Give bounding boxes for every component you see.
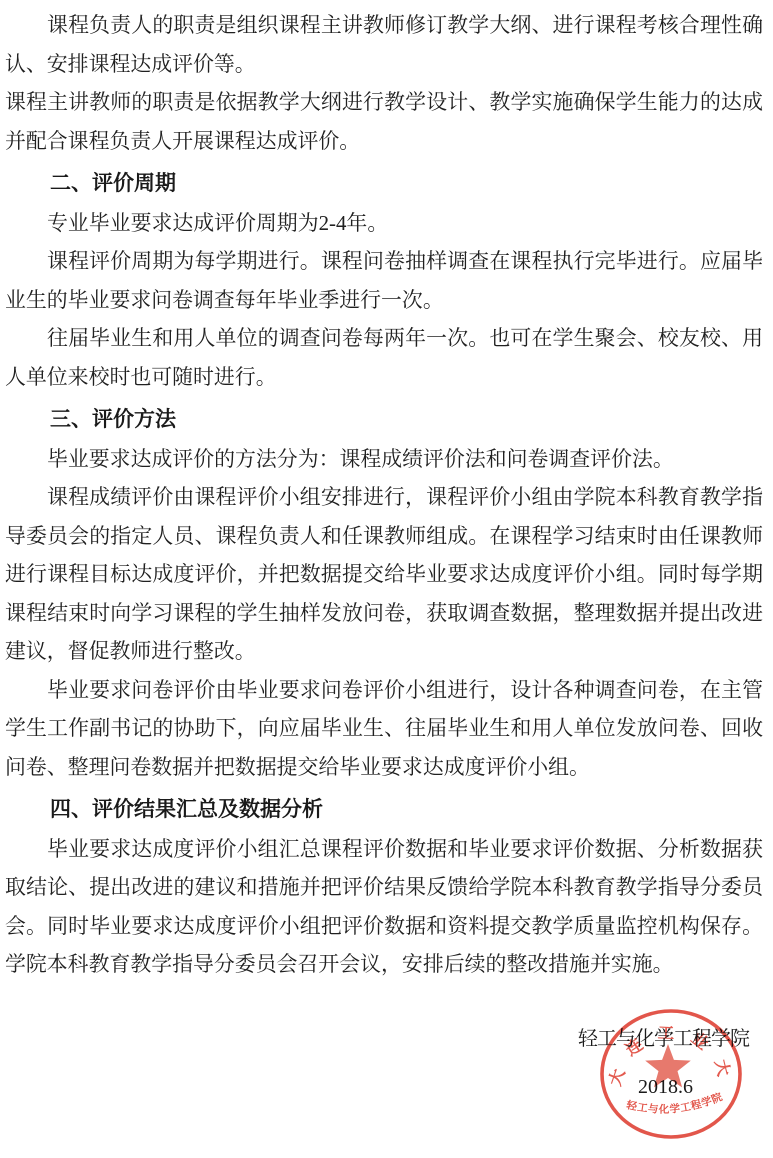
paragraph: 往届毕业生和用人单位的调查问卷每两年一次。也可在学生聚会、校友校、用人单位来校时… xyxy=(5,319,763,396)
signature-organization: 轻工与化学工程学院 xyxy=(5,1026,763,1052)
document-body: 课程负责人的职责是组织课程主讲教师修订教学大纲、进行课程考核合理性确认、安排课程… xyxy=(0,0,773,1100)
paragraph: 毕业要求问卷评价由毕业要求问卷评价小组进行，设计各种调查问卷，在主管学生工作副书… xyxy=(5,671,763,787)
paragraph: 课程负责人的职责是组织课程主讲教师修订教学大纲、进行课程考核合理性确认、安排课程… xyxy=(5,6,763,83)
paragraph: 毕业要求达成评价的方法分为：课程成绩评价法和问卷调查评价法。 xyxy=(5,440,763,479)
paragraph: 毕业要求达成度评价小组汇总课程评价数据和毕业要求评价数据、分析数据获取结论、提出… xyxy=(5,830,763,984)
document-page: 课程负责人的职责是组织课程主讲教师修订教学大纲、进行课程考核合理性确认、安排课程… xyxy=(0,0,773,1158)
signature-block: 轻工与化学工程学院 2018.6 xyxy=(5,1026,763,1100)
paragraph: 课程主讲教师的职责是依据教学大纲进行教学设计、教学实施确保学生能力的达成并配合课… xyxy=(5,83,763,160)
section-heading-evaluation-period: 二、评价周期 xyxy=(5,165,763,204)
paragraph: 课程评价周期为每学期进行。课程问卷抽样调查在课程执行完毕进行。应届毕业生的毕业要… xyxy=(5,242,763,319)
signature-date: 2018.6 xyxy=(5,1074,763,1100)
section-heading-evaluation-method: 三、评价方法 xyxy=(5,401,763,440)
paragraph: 课程成绩评价由课程评价小组安排进行，课程评价小组由学院本科教育教学指导委员会的指… xyxy=(5,478,763,671)
section-heading-result-summary: 四、评价结果汇总及数据分析 xyxy=(5,791,763,830)
paragraph: 专业毕业要求达成评价周期为2-4年。 xyxy=(5,204,763,243)
